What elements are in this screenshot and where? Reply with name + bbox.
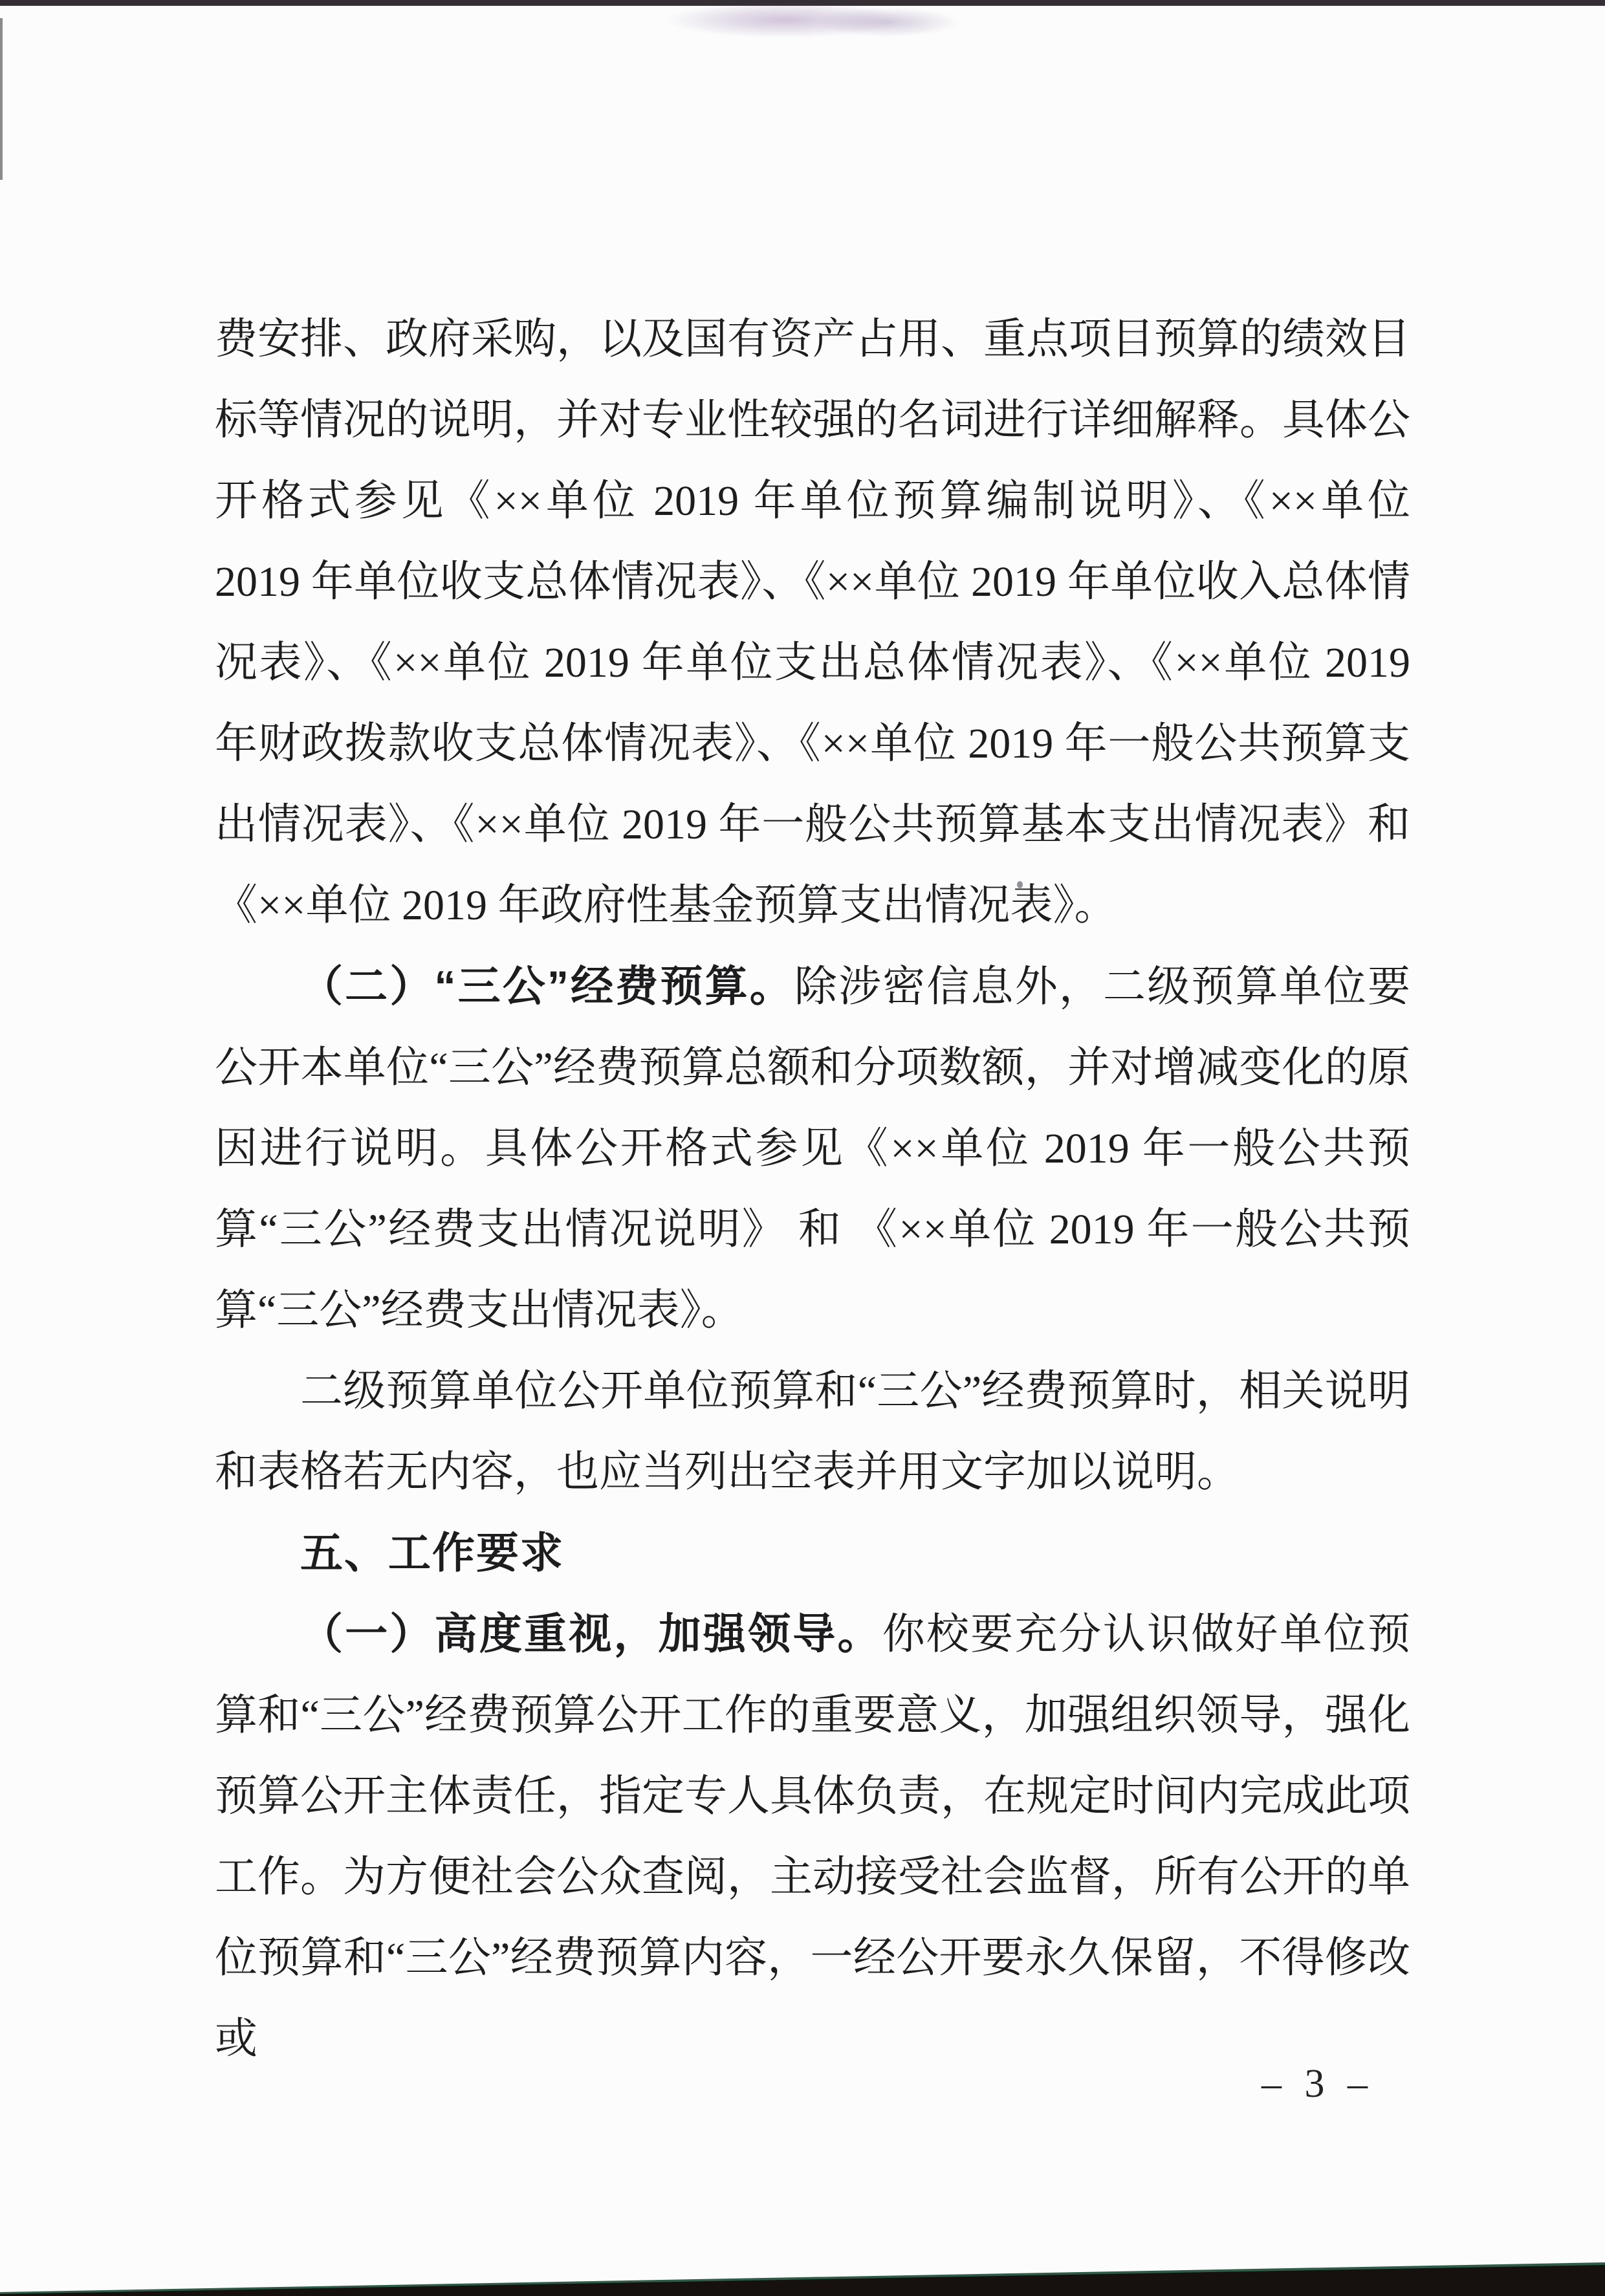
paragraph: （二）“三公”经费预算。除涉密信息外，二级预算单位要公开本单位“三公”经费预算总…	[215, 946, 1410, 1351]
document-body: 费安排、政府采购，以及国有资产占用、重点项目预算的绩效目标等情况的说明，并对专业…	[215, 299, 1410, 2079]
paragraph: （一）高度重视，加强领导。你校要充分认识做好单位预算和“三公”经费预算公开工作的…	[215, 1593, 1410, 2079]
paragraph: 二级预算单位公开单位预算和“三公”经费预算时，相关说明和表格若无内容，也应当列出…	[215, 1351, 1410, 1513]
section-heading: 五、工作要求	[215, 1513, 1410, 1593]
scan-smudge-artifact	[631, 1, 974, 48]
page-number: – 3 –	[1261, 2061, 1374, 2107]
paragraph-lead-bold: （一）高度重视，加强领导。	[300, 1610, 882, 1657]
scanned-document-page: 费安排、政府采购，以及国有资产占用、重点项目预算的绩效目标等情况的说明，并对专业…	[0, 0, 1605, 2296]
scan-left-edge-artifact	[0, 18, 3, 180]
paragraph-lead-bold: （二）“三公”经费预算。	[300, 962, 794, 1010]
paragraph: 费安排、政府采购，以及国有资产占用、重点项目预算的绩效目标等情况的说明，并对专业…	[215, 299, 1410, 946]
